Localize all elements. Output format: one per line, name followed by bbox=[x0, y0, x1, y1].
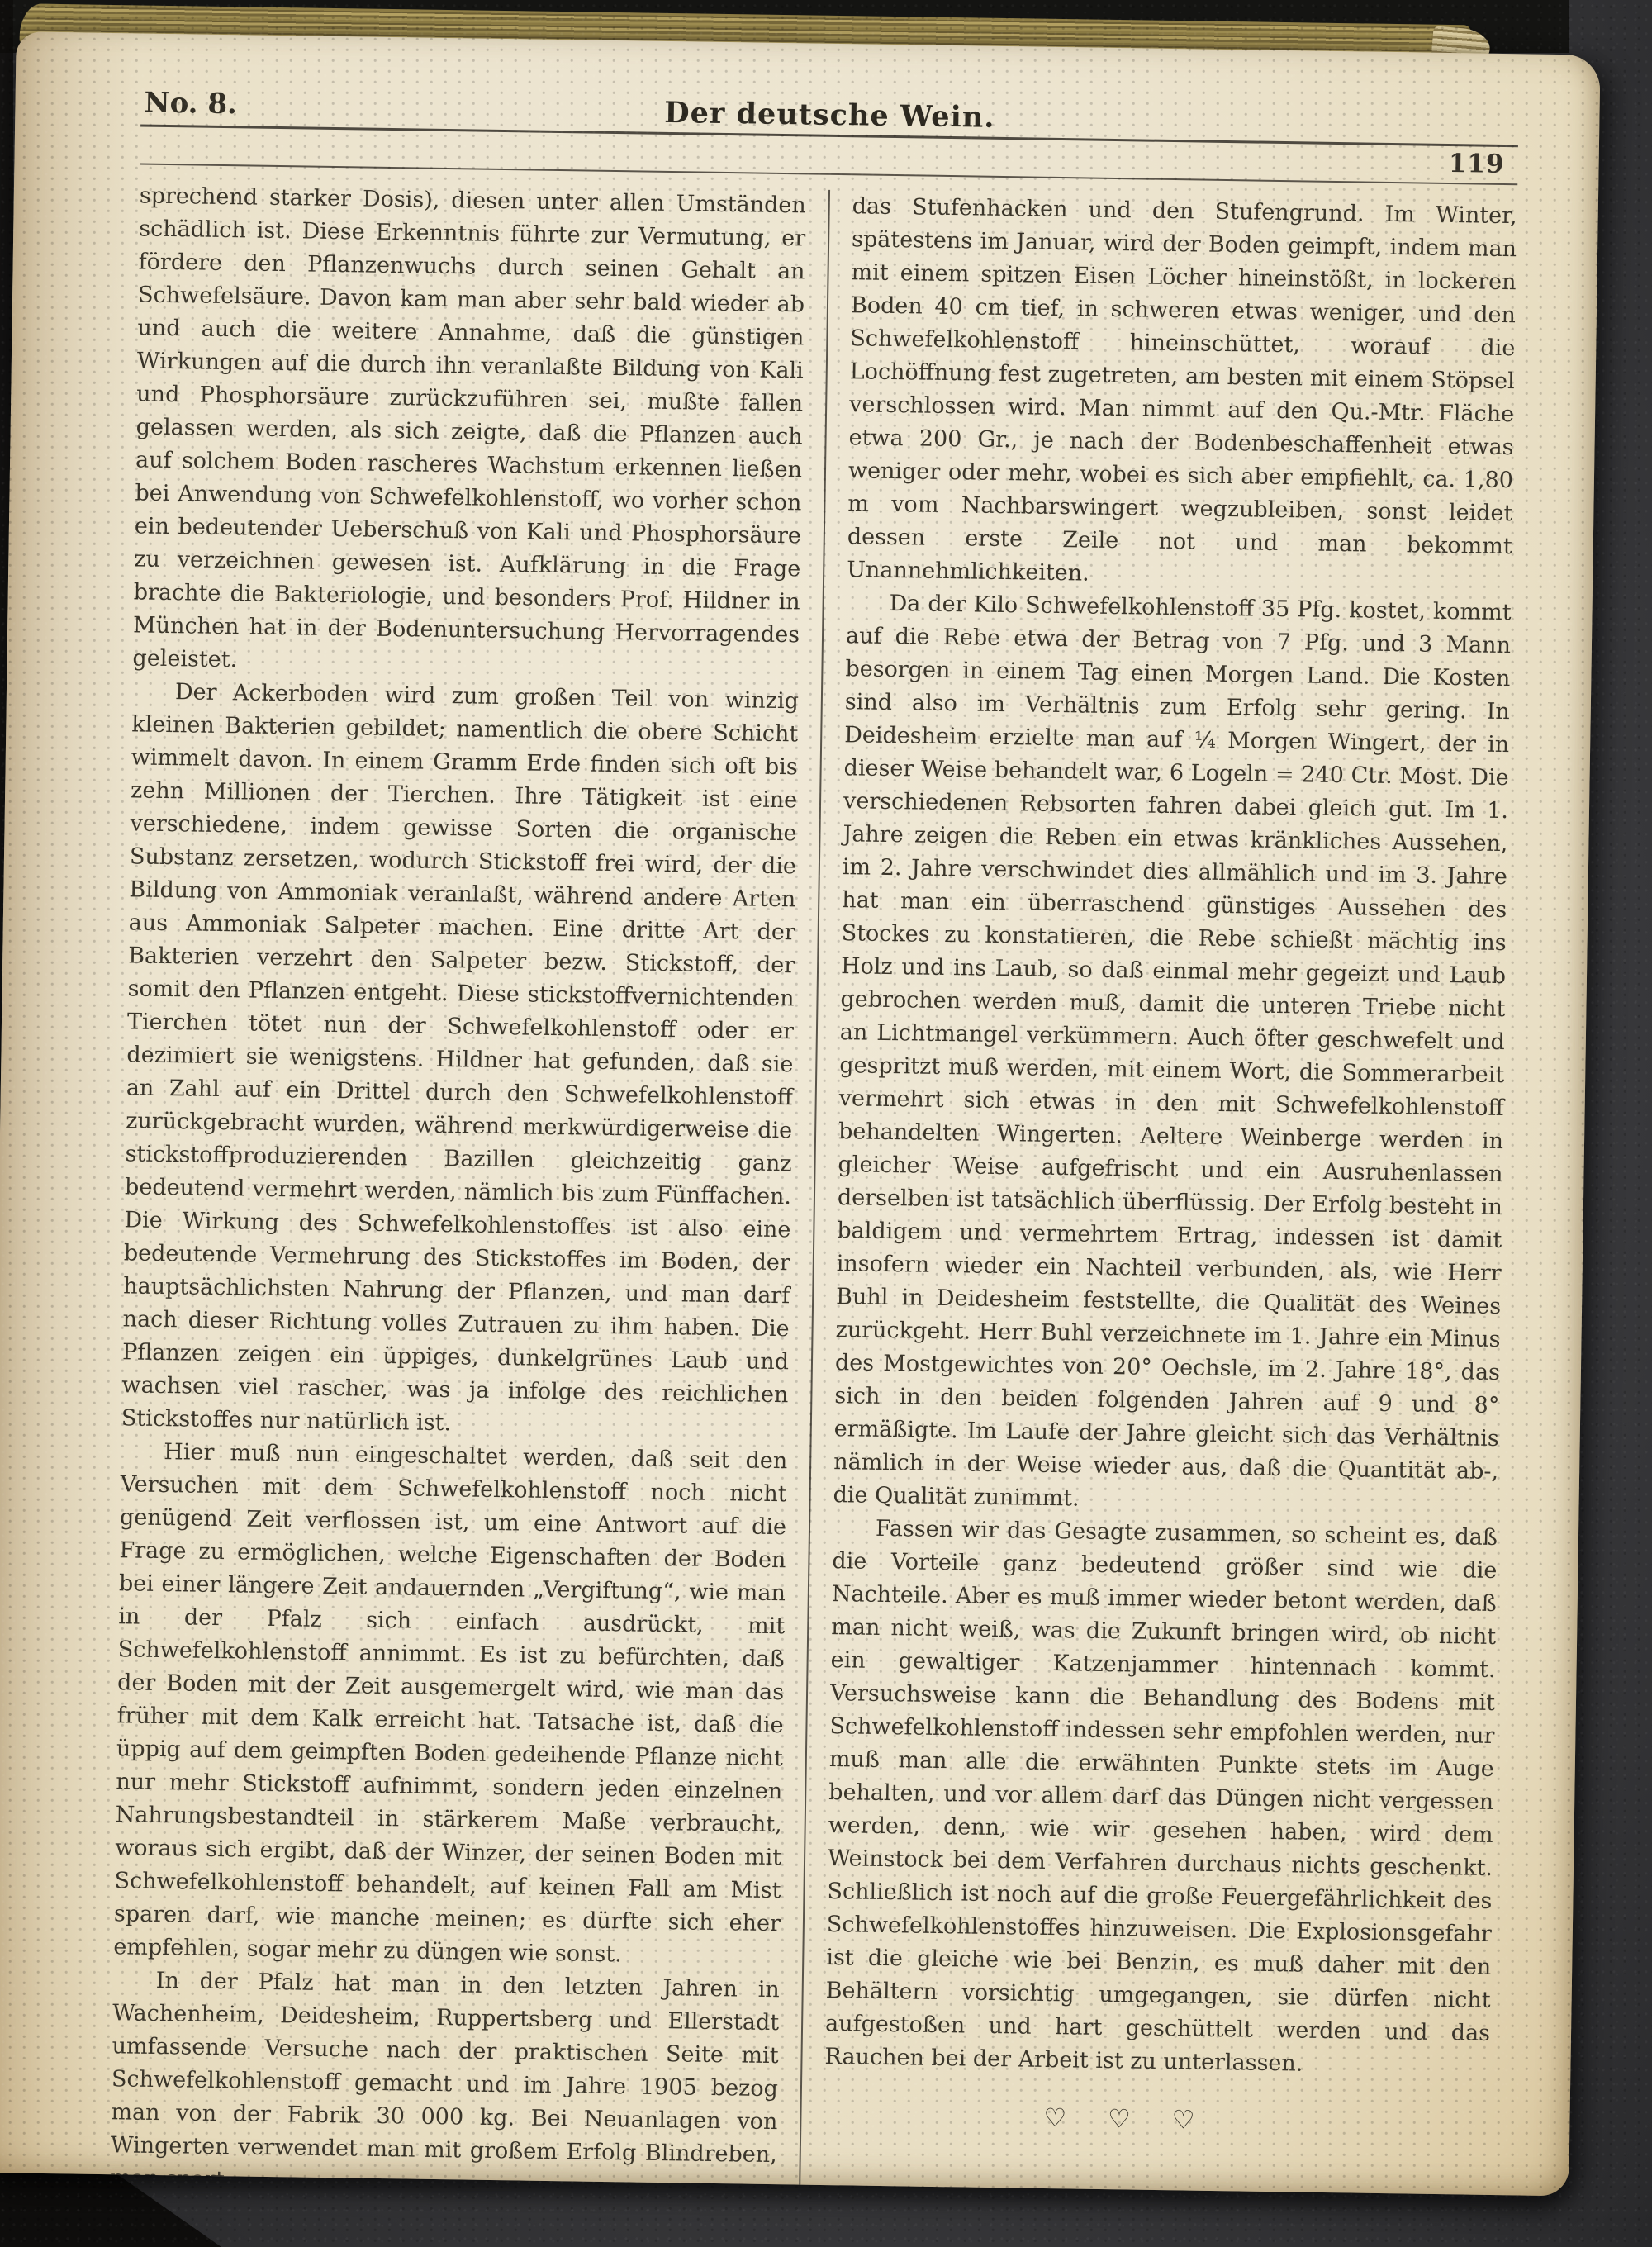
paragraph: sprechend starker Dosis), diesen unter a… bbox=[132, 179, 806, 685]
heart-ornament: ♡ ♡ ♡ bbox=[824, 2098, 1489, 2141]
book-page: No. 8. Der deutsche Wein. 119 sprechend … bbox=[0, 31, 1601, 2196]
right-column: das Stufenhacken und den Stufengrund. Im… bbox=[799, 190, 1517, 2197]
left-column: sprechend starker Dosis), diesen unter a… bbox=[110, 179, 828, 2196]
paragraph: In der Pfalz hat man in den letzten Jahr… bbox=[110, 1964, 780, 2196]
book-block: No. 8. Der deutsche Wein. 119 sprechend … bbox=[0, 31, 1601, 2196]
paragraph: Fassen wir das Gesagte zusammen, so sche… bbox=[824, 1512, 1498, 2083]
paragraph: Hier muß nun eingeschaltet werden, daß s… bbox=[113, 1435, 787, 1974]
paragraph: Der Ackerboden wird zum großen Teil von … bbox=[121, 675, 800, 1445]
paragraph: Da der Kilo Schwefelkohlenstoff 35 Pfg. … bbox=[833, 587, 1512, 1522]
paragraph: das Stufenhacken und den Stufengrund. Im… bbox=[847, 190, 1517, 596]
text-columns: sprechend starker Dosis), diesen unter a… bbox=[110, 179, 1517, 2196]
page-number: 119 bbox=[1449, 149, 1505, 179]
page-content: No. 8. Der deutsche Wein. 119 sprechend … bbox=[110, 81, 1519, 2196]
scanned-book-photo: No. 8. Der deutsche Wein. 119 sprechend … bbox=[0, 0, 1652, 2247]
